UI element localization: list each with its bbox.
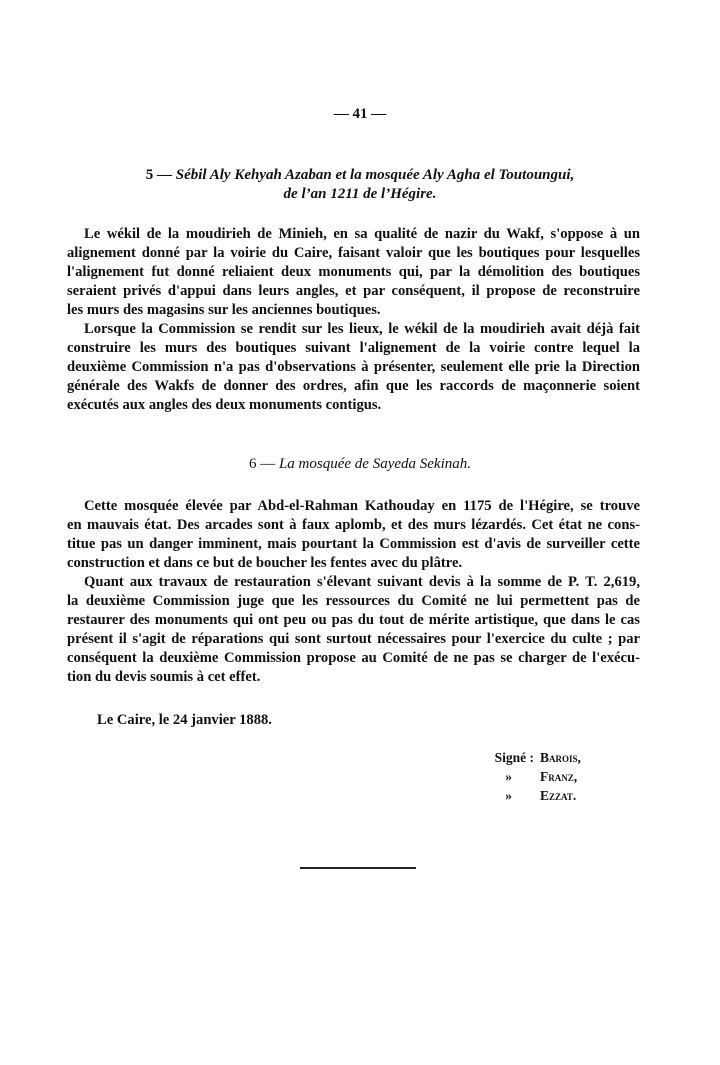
signatory-name: Ezzat. xyxy=(540,786,576,805)
signature-row: Signé : Barois, xyxy=(484,748,581,767)
signatory-name: Franz, xyxy=(540,767,577,786)
end-rule-divider xyxy=(300,867,416,869)
paragraph-line: Quant aux travaux de restauration s'élev… xyxy=(84,573,640,592)
paragraph-line: exécutés aux angles des deux monuments c… xyxy=(67,396,640,415)
section-6-heading: 6 — La mosquée de Sayeda Sekinah. xyxy=(80,455,640,474)
paragraph-line: Cette mosquée élevée par Abd-el-Rahman K… xyxy=(84,497,640,516)
section-6-title: La mosquée de Sayeda Sekinah. xyxy=(279,456,471,472)
section-5-number: 5 — xyxy=(146,167,172,183)
paragraph-line: Lorsque la Commission se rendit sur les … xyxy=(84,320,640,339)
paragraph-line: les murs des magasins sur les anciennes … xyxy=(67,301,640,320)
paragraph-line: générale des Wakfs de donner des ordres,… xyxy=(67,377,640,396)
paragraph-line: construire les murs des boutiques suivan… xyxy=(67,339,640,358)
paragraph-line: seraient privés d'appui dans leurs angle… xyxy=(67,282,640,301)
paragraph-line: Le wékil de la moudirieh de Minieh, en s… xyxy=(84,225,640,244)
signature-row: » Franz, xyxy=(484,767,581,786)
paragraph-line: en mauvais état. Des arcades sont à faux… xyxy=(67,516,640,535)
section-6-number: 6 — xyxy=(249,456,275,472)
paragraph-line: alignement donné par la voirie du Caire,… xyxy=(67,244,640,263)
page-number: — 41 — xyxy=(0,106,720,123)
paragraph-line: construction et dans ce but de boucher l… xyxy=(67,554,640,573)
section-5-title-line-1: Sébil Aly Kehyah Azaban et la mosquée Al… xyxy=(176,167,575,183)
dateline: Le Caire, le 24 janvier 1888. xyxy=(97,712,272,729)
ditto-mark: » xyxy=(484,767,540,786)
ditto-mark: » xyxy=(484,786,540,805)
signature-label: Signé : xyxy=(484,748,540,767)
signatory-name: Barois, xyxy=(540,748,581,767)
paragraph-line: conséquent la deuxième Commission propos… xyxy=(67,649,640,668)
paragraph-line: la deuxième Commission juge que les ress… xyxy=(67,592,640,611)
signature-row: » Ezzat. xyxy=(484,786,581,805)
paragraph-line: tion du devis soumis à cet effet. xyxy=(67,668,640,687)
paragraph-line: deuxième Commission n'a pas d'observatio… xyxy=(67,358,640,377)
paragraph-line: l'alignement fut donné reliaient deux mo… xyxy=(67,263,640,282)
section-5-heading: 5 — Sébil Aly Kehyah Azaban et la mosqué… xyxy=(80,166,640,204)
section-5-title-line-2: de l’an 1211 de l’Hégire. xyxy=(80,185,640,204)
paragraph-line: titue pas un danger imminent, mais pourt… xyxy=(67,535,640,554)
paragraph-line: présent il s'agit de réparations qui son… xyxy=(67,630,640,649)
signature-block: Signé : Barois, » Franz, » Ezzat. xyxy=(484,748,581,805)
paragraph-line: restaurer des monuments qui ont peu ou p… xyxy=(67,611,640,630)
